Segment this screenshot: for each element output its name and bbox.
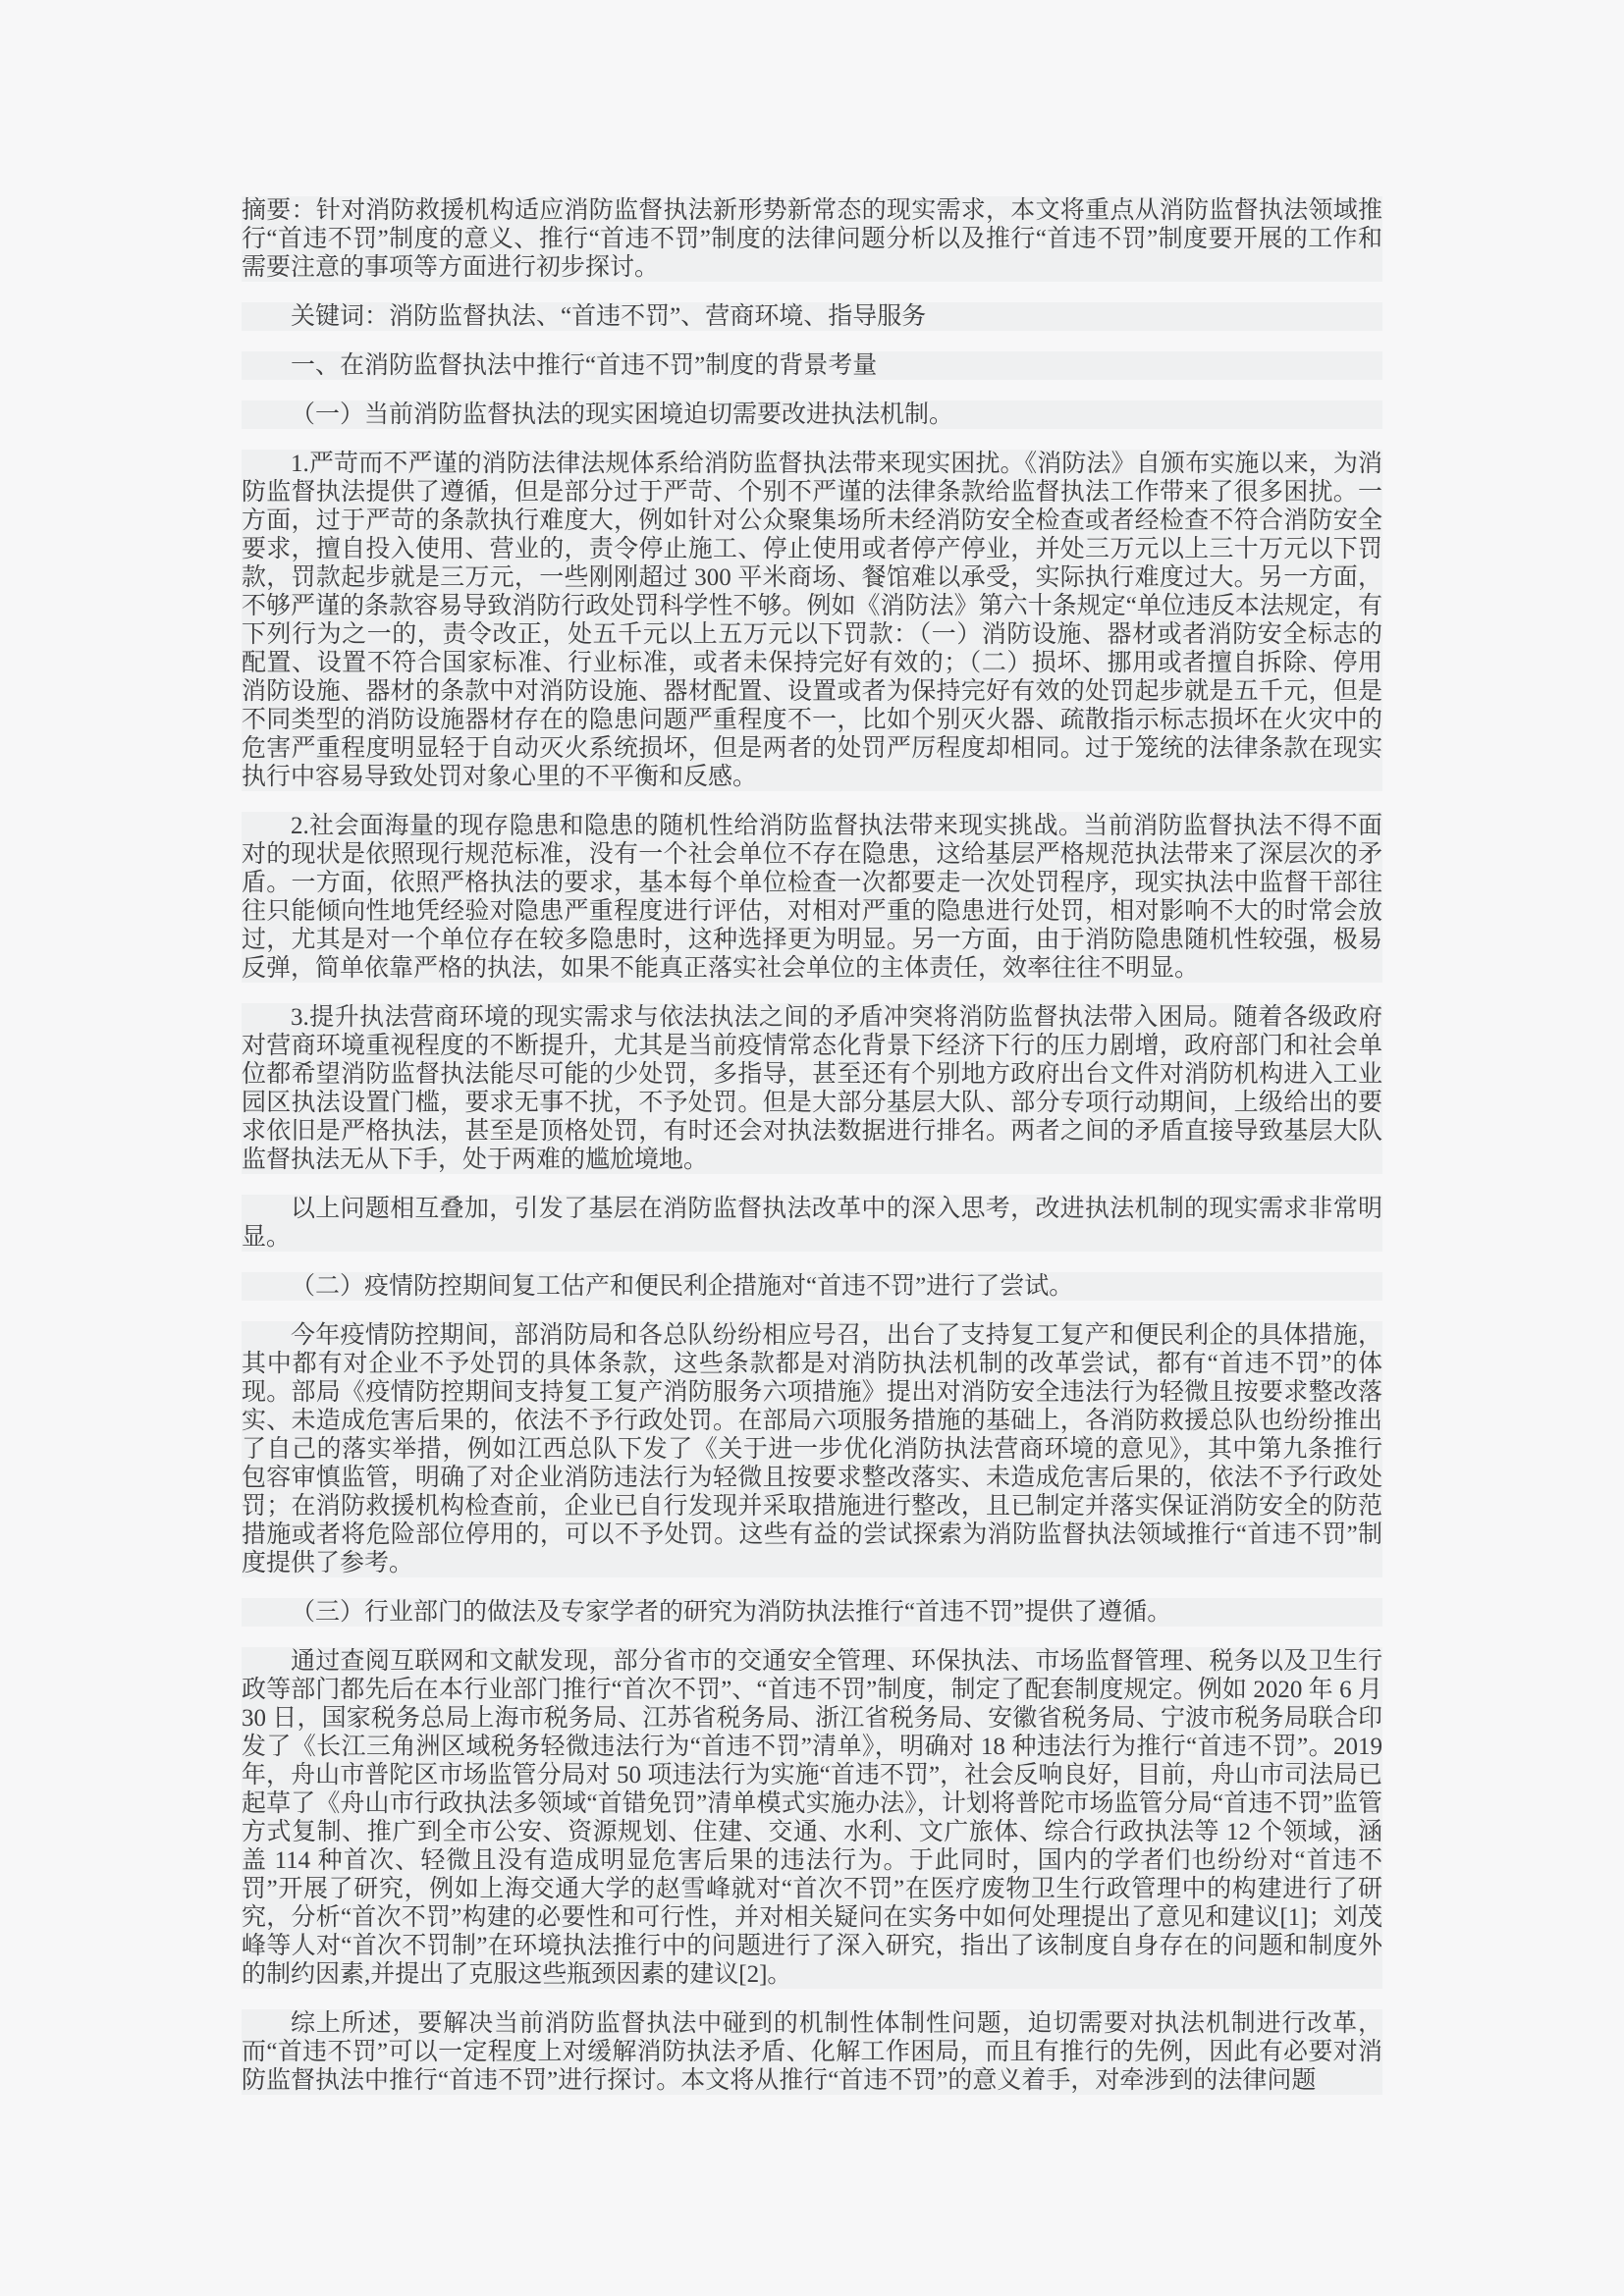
keywords-line: 关键词：消防监督执法、“首违不罚”、营商环境、指导服务 [242, 302, 1382, 331]
abstract-paragraph: 摘要：针对消防救援机构适应消防监督执法新形势新常态的现实需求，本文将重点从消防监… [242, 196, 1382, 282]
body-paragraph-4: 以上问题相互叠加，引发了基层在消防监督执法改革中的深入思考，改进执法机制的现实需… [242, 1195, 1382, 1252]
closing-paragraph: 综上所述，要解决当前消防监督执法中碰到的机制性体制性问题，迫切需要对执法机制进行… [242, 2009, 1382, 2095]
heading-section-1-1: （一）当前消防监督执法的现实困境迫切需要改进执法机制。 [242, 400, 1382, 429]
body-paragraph-2: 2.社会面海量的现存隐患和隐患的随机性给消防监督执法带来现实挑战。当前消防监督执… [242, 812, 1382, 983]
body-paragraph-3: 3.提升执法营商环境的现实需求与依法执法之间的矛盾冲突将消防监督执法带入困局。随… [242, 1003, 1382, 1174]
document-page: 摘要：针对消防救援机构适应消防监督执法新形势新常态的现实需求，本文将重点从消防监… [242, 196, 1382, 2115]
body-paragraph-1: 1.严苛而不严谨的消防法律法规体系给消防监督执法带来现实困扰。《消防法》自颁布实… [242, 450, 1382, 791]
heading-section-1: 一、在消防监督执法中推行“首违不罚”制度的背景考量 [242, 351, 1382, 380]
body-paragraph-6: 通过查阅互联网和文献发现，部分省市的交通安全管理、环保执法、市场监督管理、税务以… [242, 1647, 1382, 1989]
heading-section-1-2: （二）疫情防控期间复工估产和便民利企措施对“首违不罚”进行了尝试。 [242, 1272, 1382, 1301]
body-paragraph-5: 今年疫情防控期间，部消防局和各总队纷纷相应号召，出台了支持复工复产和便民利企的具… [242, 1321, 1382, 1577]
heading-section-1-3: （三）行业部门的做法及专家学者的研究为消防执法推行“首违不罚”提供了遵循。 [242, 1598, 1382, 1627]
